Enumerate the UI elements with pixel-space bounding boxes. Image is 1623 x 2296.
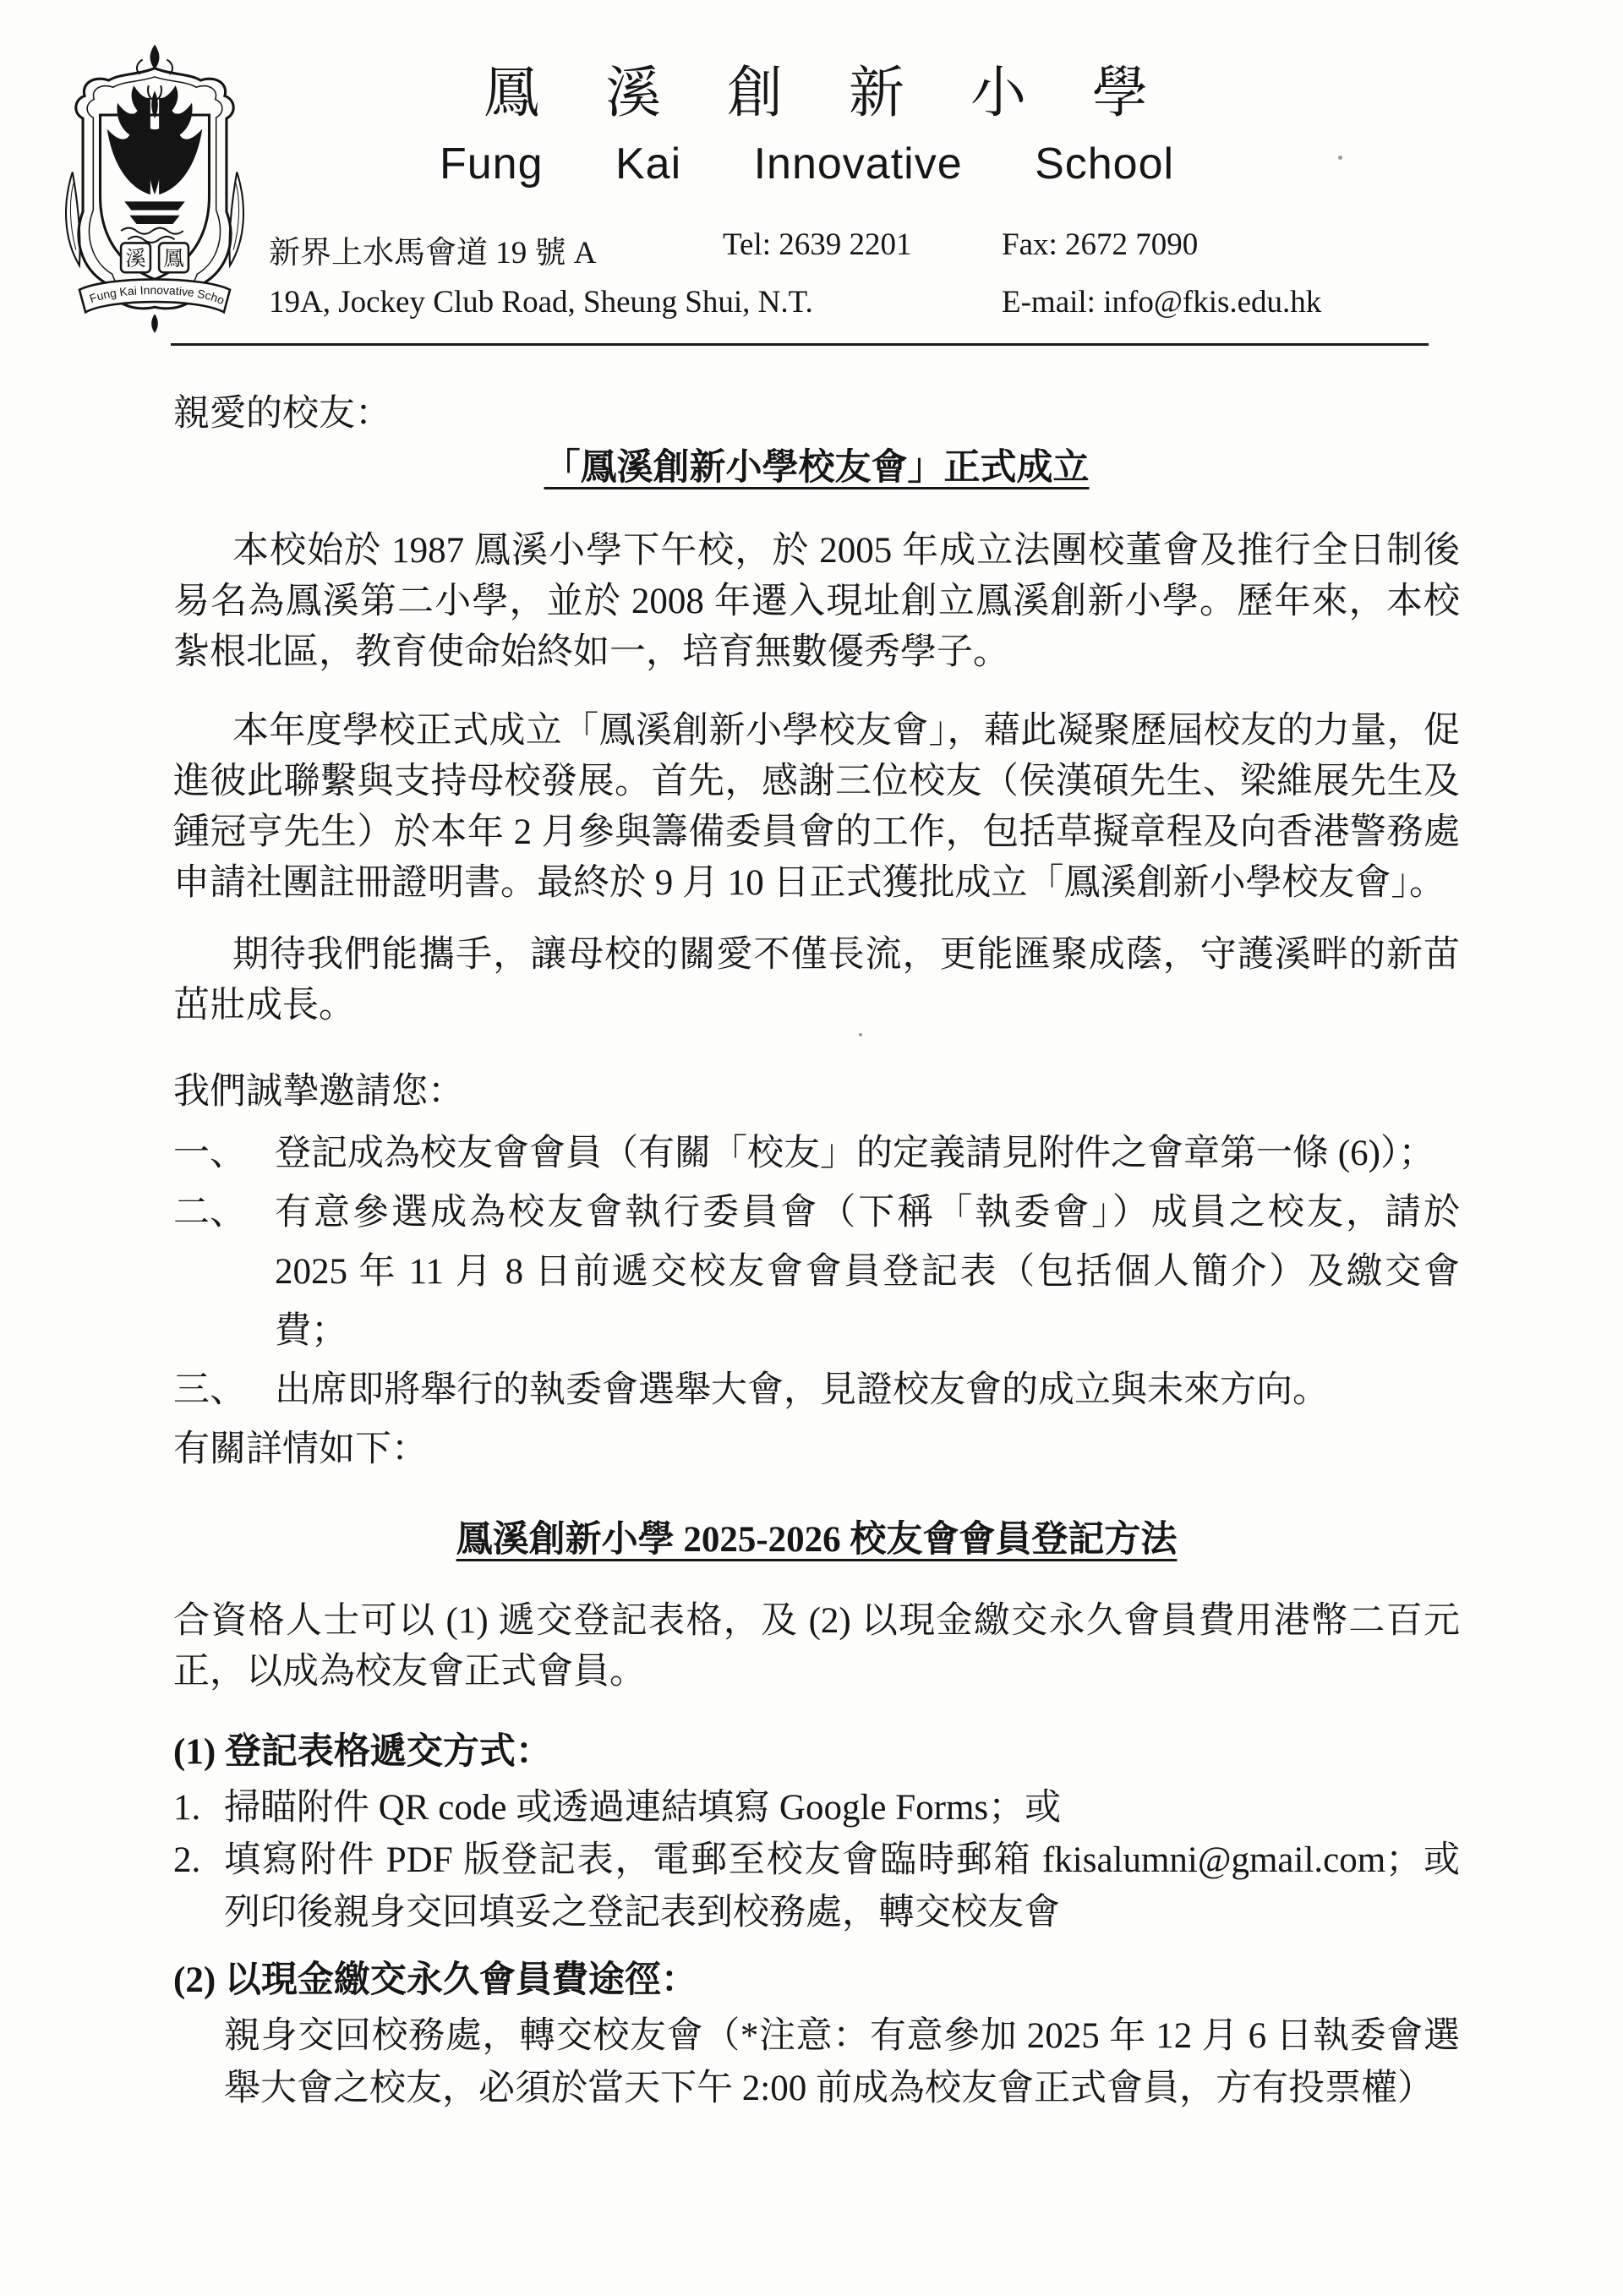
tel-number: Tel: 2639 2201 — [723, 227, 912, 263]
method2-body: 親身交回校務處，轉交校友會（*注意：有意參加 2025 年 12 月 6 日執委… — [224, 2010, 1460, 2115]
method1-item-text: 掃瞄附件 QR code 或透過連結填寫 Google Forms；或 — [224, 1782, 1460, 1834]
paragraph-establishment: 本年度學校正式成立「鳳溪創新小學校友會」，藉此凝聚歷屆校友的力量，促進彼此聯繫與… — [173, 706, 1460, 909]
address-zh: 新界上水馬會道 19 號 A — [269, 227, 596, 272]
method1-item-text: 填寫附件 PDF 版登記表，電郵至校友會臨時郵箱 fkisalumni@gmai… — [224, 1834, 1460, 1939]
crest-waves — [121, 228, 183, 243]
crest-bottom-finial — [151, 314, 158, 333]
shield-char-left: 溪 — [125, 247, 146, 271]
method1-item: 2. 填寫附件 PDF 版登記表，電郵至校友會臨時郵箱 fkisalumni@g… — [173, 1834, 1460, 1939]
address-en: 19A, Jockey Club Road, Sheung Shui, N.T. — [269, 284, 813, 320]
salutation: 親愛的校友： — [173, 389, 1460, 440]
method2-heading: (2) 以現金繳交永久會員費途徑： — [173, 1954, 1460, 2007]
list-item: 一、 登記成為校友會會員（有關「校友」的定義請見附件之會章第一條 (6)）； — [173, 1124, 1460, 1184]
scan-speck — [859, 1033, 862, 1036]
fax-number: Fax: 2672 7090 — [1002, 227, 1198, 263]
invite-list: 一、 登記成為校友會會員（有關「校友」的定義請見附件之會章第一條 (6)）； 二… — [173, 1124, 1460, 1420]
scan-speck — [1338, 156, 1342, 160]
shield-char-right: 鳳 — [163, 248, 184, 271]
list-item-marker: 一、 — [173, 1124, 275, 1184]
phoenix-icon — [107, 85, 203, 224]
eligibility-paragraph: 合資格人士可以 (1) 遞交登記表格，及 (2) 以現金繳交永久會員費用港幣二百… — [173, 1596, 1460, 1697]
list-item: 二、 有意參選成為校友會執行委員會（下稱「執委會」）成員之校友，請於 2025 … — [173, 1184, 1460, 1361]
invite-intro: 我們誠摯邀請您： — [173, 1067, 1460, 1118]
list-item-marker: 三、 — [173, 1361, 275, 1420]
method1-item: 1. 掃瞄附件 QR code 或透過連結填寫 Google Forms；或 — [173, 1782, 1460, 1834]
list-item-text: 出席即將舉行的執委會選舉大會，見證校友會的成立與未來方向。 — [275, 1361, 1460, 1420]
paragraph-hope: 期待我們能攜手，讓母校的關愛不僅長流，更能匯聚成蔭，守護溪畔的新苗茁壯成長。 — [173, 930, 1460, 1031]
letter-headline: 「鳳溪創新小學校友會」正式成立 — [173, 443, 1460, 494]
school-name-zh: 鳳溪創新小學 — [484, 47, 1214, 128]
paragraph-history: 本校始於 1987 鳳溪小學下午校，於 2005 年成立法團校董會及推行全日制後… — [173, 526, 1460, 678]
list-item-text: 登記成為校友會會員（有關「校友」的定義請見附件之會章第一條 (6)）； — [275, 1124, 1460, 1184]
list-item-marker: 二、 — [173, 1184, 275, 1361]
list-item: 三、 出席即將舉行的執委會選舉大會，見證校友會的成立與未來方向。 — [173, 1361, 1460, 1420]
crest-top-finial — [150, 46, 158, 68]
letter-body: 親愛的校友： 「鳳溪創新小學校友會」正式成立 本校始於 1987 鳳溪小學下午校… — [173, 389, 1460, 2115]
method1-item-marker: 2. — [173, 1834, 224, 1939]
method1-heading: (1) 登記表格遞交方式： — [173, 1726, 1460, 1779]
school-name-en: Fung Kai Innovative School — [440, 139, 1174, 189]
method1-item-marker: 1. — [173, 1782, 224, 1834]
letter-page: 溪 鳳 Fung Kai Innovative School 鳳溪創新小學 Fu… — [0, 0, 1623, 2296]
header-divider — [171, 343, 1429, 346]
email-address: E-mail: info@fkis.edu.hk — [1002, 284, 1321, 320]
details-intro: 有關詳情如下： — [173, 1424, 1460, 1475]
school-crest-logo: 溪 鳳 Fung Kai Innovative School — [54, 42, 255, 336]
list-item-text: 有意參選成為校友會執行委員會（下稱「執委會」）成員之校友，請於 2025 年 1… — [275, 1184, 1460, 1361]
section-title: 鳳溪創新小學 2025-2026 校友會會員登記方法 — [173, 1515, 1460, 1566]
